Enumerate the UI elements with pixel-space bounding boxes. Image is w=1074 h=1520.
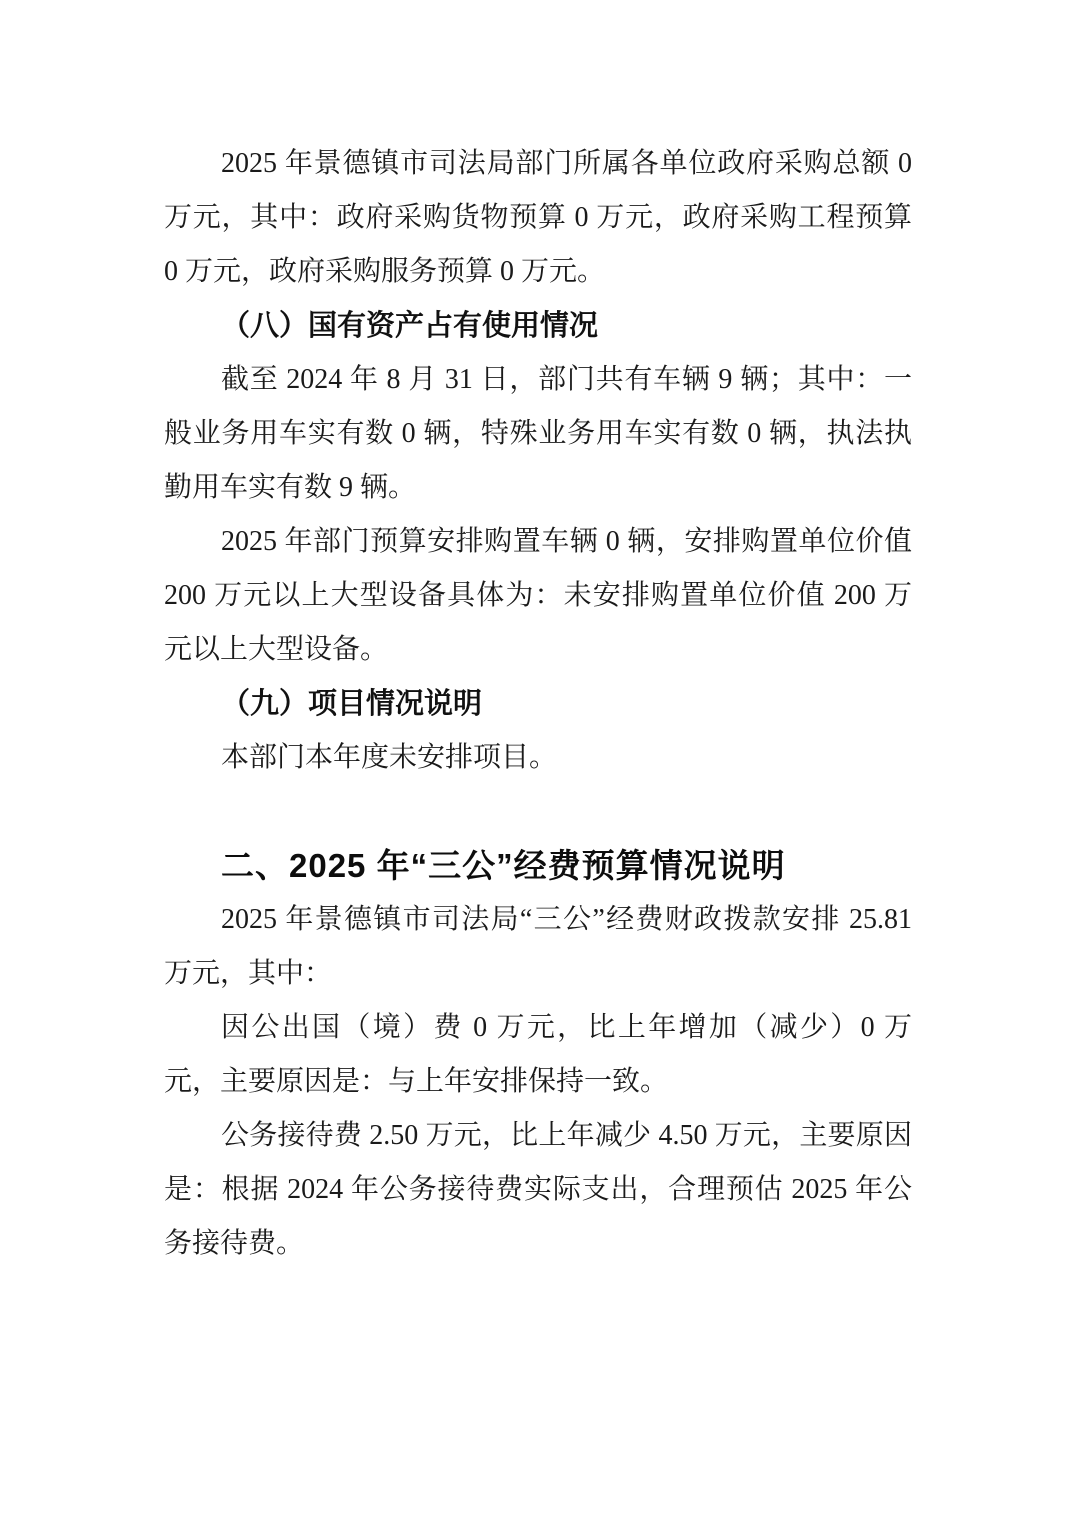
heading-project-situation: （九）项目情况说明 (164, 677, 912, 731)
paragraph-procurement-total: 2025 年景德镇市司法局部门所属各单位政府采购总额 0 万元，其中：政府采购货… (164, 137, 912, 299)
paragraph-three-public-total: 2025 年景德镇市司法局“三公”经费财政拨款安排 25.81 万元，其中： (164, 893, 912, 1001)
paragraph-overseas-trip-expense: 因公出国（境）费 0 万元，比上年增加（减少）0 万元，主要原因是：与上年安排保… (164, 1001, 912, 1109)
document-page: 2025 年景德镇市司法局部门所属各单位政府采购总额 0 万元，其中：政府采购货… (0, 0, 1074, 1520)
paragraph-official-reception-expense: 公务接待费 2.50 万元，比上年减少 4.50 万元，主要原因是：根据 202… (164, 1109, 912, 1271)
paragraph-vehicle-count: 截至 2024 年 8 月 31 日，部门共有车辆 9 辆；其中：一般业务用车实… (164, 353, 912, 515)
document-content: 2025 年景德镇市司法局部门所属各单位政府采购总额 0 万元，其中：政府采购货… (164, 137, 912, 1271)
heading-state-assets: （八）国有资产占有使用情况 (164, 299, 912, 353)
paragraph-no-projects: 本部门本年度未安排项目。 (164, 731, 912, 785)
heading-three-public-funds: 二、2025 年“三公”经费预算情况说明 (164, 839, 912, 893)
paragraph-vehicle-equipment-budget: 2025 年部门预算安排购置车辆 0 辆，安排购置单位价值 200 万元以上大型… (164, 515, 912, 677)
